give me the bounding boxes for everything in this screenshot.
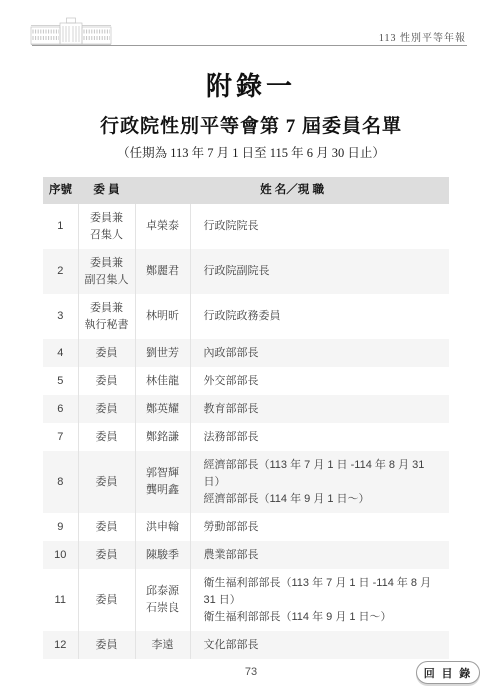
row-role: 委員兼 執行秘書 — [78, 294, 135, 339]
row-role: 委員兼 召集人 — [78, 204, 135, 249]
row-position: 農業部部長 — [190, 541, 449, 569]
row-name: 林佳龍 — [135, 367, 190, 395]
back-to-toc-button[interactable]: 回 目 錄 — [416, 661, 480, 684]
page-header: 113 性別平等年報 — [0, 0, 502, 46]
row-position: 教育部部長 — [190, 395, 449, 423]
row-no: 1 — [43, 204, 78, 249]
table-row: 2 委員兼 副召集人 鄭麗君 行政院副院長 — [43, 249, 449, 294]
row-name: 邱泰源 石崇良 — [135, 569, 190, 631]
members-table: 序號 委 員 姓 名／現 職 1 委員兼 召集人 卓榮泰 行政院院長 2 委員兼… — [43, 177, 449, 659]
header-name-title: 姓 名／現 職 — [135, 177, 449, 204]
row-role: 委員 — [78, 339, 135, 367]
yearbook-title-label: 113 性別平等年報 — [379, 29, 466, 44]
row-position: 文化部部長 — [190, 631, 449, 659]
row-position: 勞動部部長 — [190, 513, 449, 541]
row-no: 9 — [43, 513, 78, 541]
table-row: 9 委員 洪申翰 勞動部部長 — [43, 513, 449, 541]
committee-list-subtitle: 行政院性別平等會第 7 屆委員名單 — [0, 111, 502, 138]
table-row: 5 委員 林佳龍 外交部部長 — [43, 367, 449, 395]
header-rule — [32, 45, 467, 46]
row-role: 委員 — [78, 395, 135, 423]
row-role: 委員 — [78, 451, 135, 513]
row-position: 外交部部長 — [190, 367, 449, 395]
row-role: 委員 — [78, 569, 135, 631]
executive-yuan-building-icon — [30, 14, 112, 45]
table-row: 12 委員 李遠 文化部部長 — [43, 631, 449, 659]
title-block: 附錄一 行政院性別平等會第 7 屆委員名單 （任期為 113 年 7 月 1 日… — [0, 66, 502, 161]
table-row: 7 委員 鄭銘謙 法務部部長 — [43, 423, 449, 451]
row-position: 法務部部長 — [190, 423, 449, 451]
row-no: 12 — [43, 631, 78, 659]
row-no: 5 — [43, 367, 78, 395]
row-role: 委員 — [78, 631, 135, 659]
row-name: 卓榮泰 — [135, 204, 190, 249]
table-row: 10 委員 陳駿季 農業部部長 — [43, 541, 449, 569]
yearbook-appendix-page: { "page": { "header": { "yearbook_label"… — [0, 0, 502, 700]
term-note: （任期為 113 年 7 月 1 日至 115 年 6 月 30 日止） — [0, 143, 502, 161]
table-header-row: 序號 委 員 姓 名／現 職 — [43, 177, 449, 204]
table-row: 6 委員 鄭英耀 教育部部長 — [43, 395, 449, 423]
appendix-title: 附錄一 — [0, 66, 502, 103]
row-position: 經濟部部長（113 年 7 月 1 日 -114 年 8 月 31 日） 經濟部… — [190, 451, 449, 513]
row-name: 鄭銘謙 — [135, 423, 190, 451]
row-no: 7 — [43, 423, 78, 451]
table-row: 4 委員 劉世芳 內政部部長 — [43, 339, 449, 367]
header-no: 序號 — [43, 177, 78, 204]
table-row: 11 委員 邱泰源 石崇良 衛生福利部部長（113 年 7 月 1 日 -114… — [43, 569, 449, 631]
table-row: 8 委員 郭智輝 龔明鑫 經濟部部長（113 年 7 月 1 日 -114 年 … — [43, 451, 449, 513]
row-position: 行政院政務委員 — [190, 294, 449, 339]
row-name: 李遠 — [135, 631, 190, 659]
header-member: 委 員 — [78, 177, 135, 204]
row-no: 3 — [43, 294, 78, 339]
row-name: 林明昕 — [135, 294, 190, 339]
row-position: 內政部部長 — [190, 339, 449, 367]
row-role: 委員 — [78, 367, 135, 395]
row-name: 郭智輝 龔明鑫 — [135, 451, 190, 513]
row-role: 委員 — [78, 541, 135, 569]
row-name: 陳駿季 — [135, 541, 190, 569]
row-no: 2 — [43, 249, 78, 294]
row-no: 4 — [43, 339, 78, 367]
row-role: 委員 — [78, 513, 135, 541]
table-row: 1 委員兼 召集人 卓榮泰 行政院院長 — [43, 204, 449, 249]
row-name: 洪申翰 — [135, 513, 190, 541]
row-role: 委員 — [78, 423, 135, 451]
row-no: 11 — [43, 569, 78, 631]
row-name: 鄭麗君 — [135, 249, 190, 294]
row-position: 衛生福利部部長（113 年 7 月 1 日 -114 年 8 月 31 日） 衛… — [190, 569, 449, 631]
row-name: 鄭英耀 — [135, 395, 190, 423]
row-name: 劉世芳 — [135, 339, 190, 367]
table-row: 3 委員兼 執行秘書 林明昕 行政院政務委員 — [43, 294, 449, 339]
row-no: 10 — [43, 541, 78, 569]
row-position: 行政院副院長 — [190, 249, 449, 294]
row-no: 6 — [43, 395, 78, 423]
row-no: 8 — [43, 451, 78, 513]
row-role: 委員兼 副召集人 — [78, 249, 135, 294]
row-position: 行政院院長 — [190, 204, 449, 249]
